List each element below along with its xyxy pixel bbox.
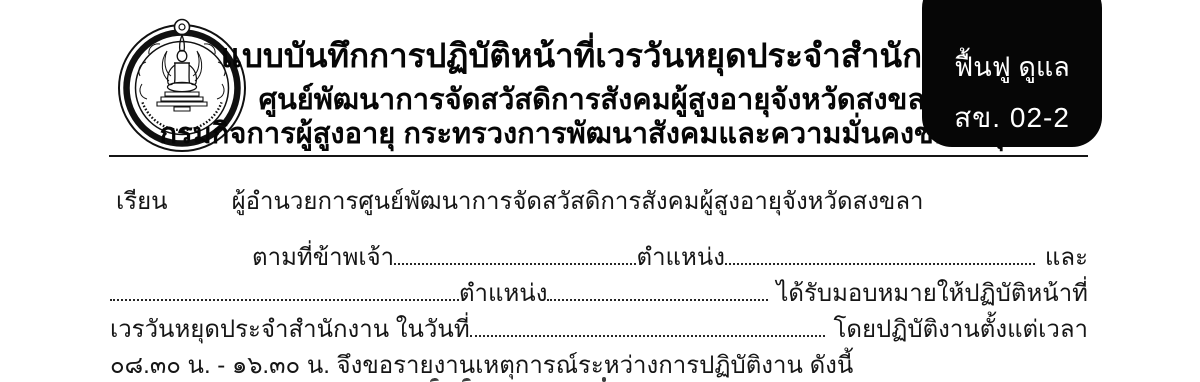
duty-record-form-document: แบบบันทึกการปฏิบัติหน้าที่เวรวันหยุดประจ… xyxy=(0,0,1200,382)
date-blank-dotted xyxy=(470,335,826,337)
duty-date-line: เวรวันหยุดประจำสำนักงาน ในวันที่ โดยปฏิบ… xyxy=(110,314,1088,346)
second-name-position-line: ตำแหน่ง ได้รับมอบหมายให้ปฏิบัติหน้าที่ xyxy=(110,278,1088,310)
form-code-number: สข. 02-2 xyxy=(954,93,1070,143)
salutation-line: เรียน ผู้อำนวยการศูนย์พัฒนาการจัดสวัสดิก… xyxy=(116,186,924,218)
working-hours-line: ๐๘.๓๐ น. - ๑๖.๓๐ น. จึงขอรายงานเหตุการณ์… xyxy=(110,350,853,382)
duty-line-lead: เวรวันหยุดประจำสำนักงาน ในวันที่ xyxy=(110,314,470,346)
cutoff-text-fragment xyxy=(462,377,472,382)
paragraph-lead: ตามที่ข้าพเจ้า xyxy=(252,242,394,274)
name-position-line: ตามที่ข้าพเจ้า ตำแหน่ง และ xyxy=(110,242,1088,274)
name-blank-dotted-2 xyxy=(110,299,459,301)
duty-line-tail: โดยปฏิบัติงานตั้งแต่เวลา xyxy=(833,314,1088,346)
position-blank-dotted-2 xyxy=(547,299,768,301)
position-blank-dotted-1 xyxy=(725,263,1035,265)
position-label-1: ตำแหน่ง xyxy=(636,242,724,274)
form-code-program: ฟื้นฟู ดูแล xyxy=(954,41,1070,93)
name-blank-dotted xyxy=(394,263,636,265)
cutoff-text-fragment xyxy=(430,377,440,382)
assigned-duty-text: ได้รับมอบหมายให้ปฏิบัติหน้าที่ xyxy=(776,278,1088,310)
salutation-label: เรียน xyxy=(116,186,168,218)
header-divider xyxy=(109,155,1088,157)
conjunction-and: และ xyxy=(1045,242,1088,274)
form-code-box: ฟื้นฟู ดูแล สข. 02-2 xyxy=(922,0,1102,147)
cutoff-text-fragment xyxy=(602,377,606,382)
position-label-2: ตำแหน่ง xyxy=(459,278,547,310)
salutation-recipient: ผู้อำนวยการศูนย์พัฒนาการจัดสวัสดิการสังค… xyxy=(232,186,924,218)
